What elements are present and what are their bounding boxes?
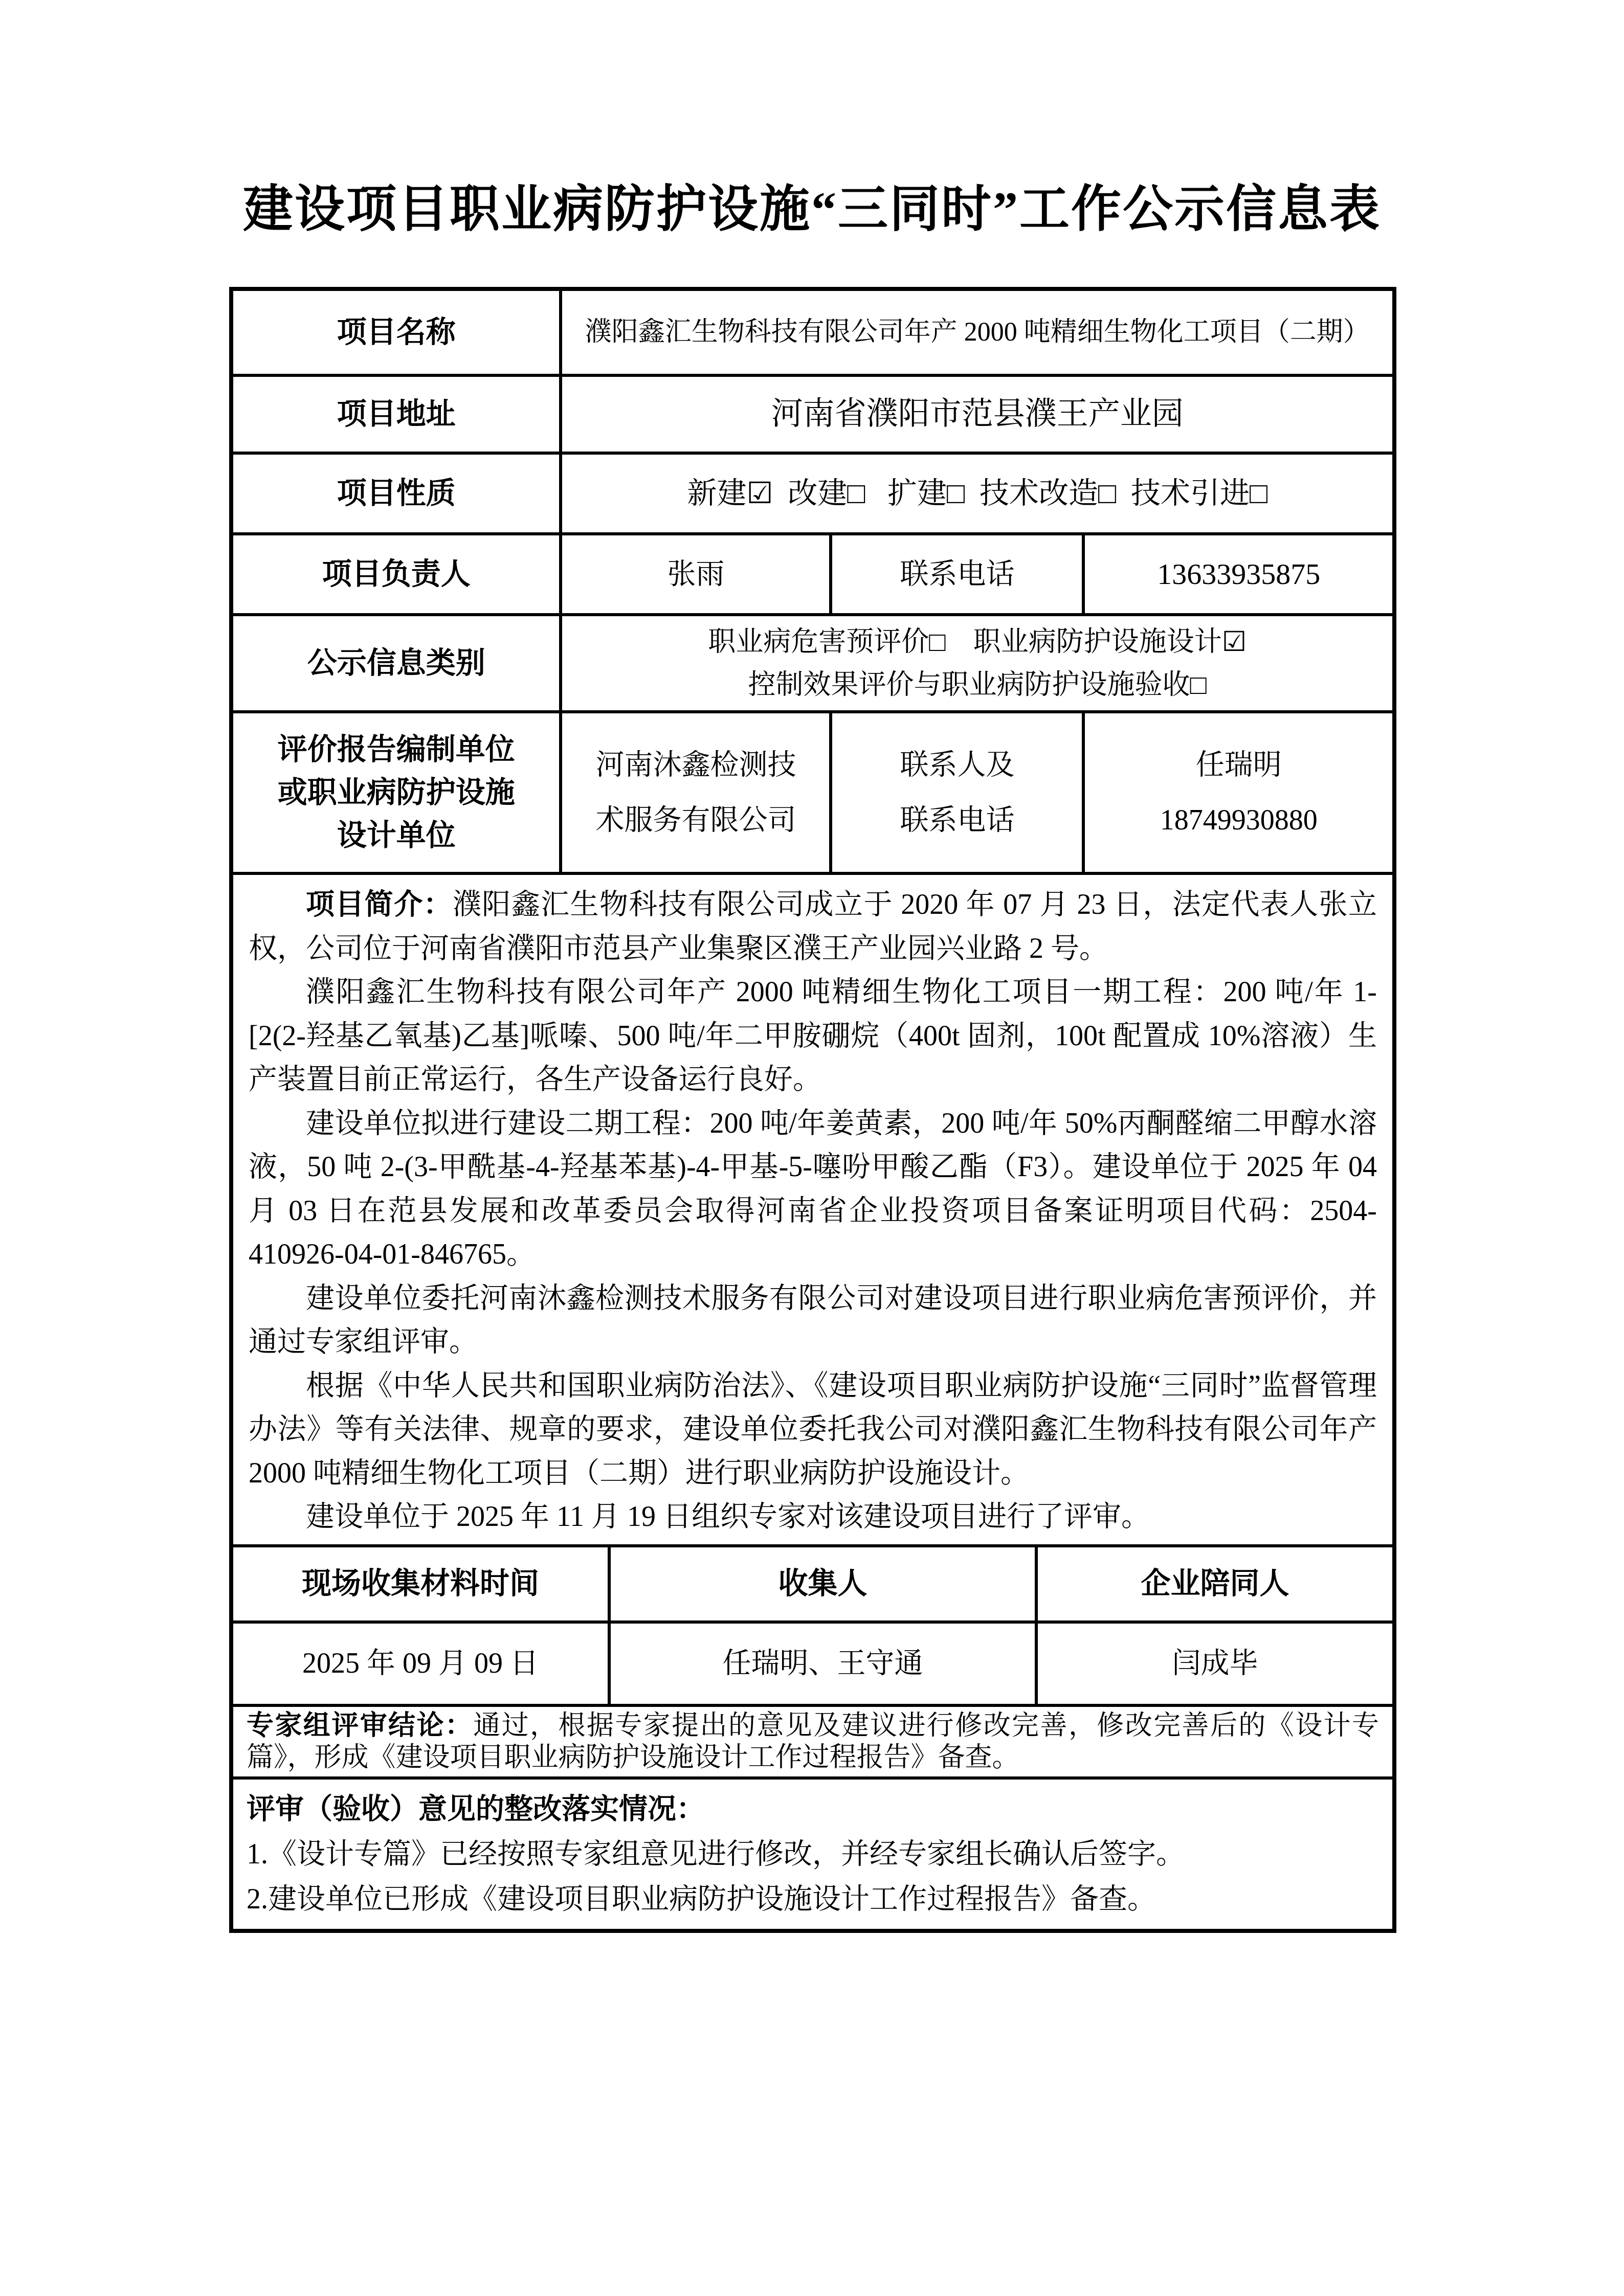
agency-contact-label: 联系人及 联系电话 [829, 713, 1082, 872]
expert-conclusion: 专家组评审结论：通过，根据专家提出的意见及建议进行修改完善，修改完善后的《设计专… [233, 1707, 1392, 1776]
project-nature-options: 新建☑ 改建□ 扩建□ 技术改造□ 技术引进□ [559, 455, 1392, 532]
row-collect-values: 2025 年 09 月 09 日 任瑞明、王守通 闫成毕 [233, 1620, 1392, 1704]
agency-company: 河南沐鑫检测技 术服务有限公司 [559, 713, 829, 872]
intro-paragraph: 建设单位拟进行建设二期工程：200 吨/年姜黄素，200 吨/年 50%丙酮醛缩… [249, 1102, 1377, 1277]
rectification: 评审（验收）意见的整改落实情况： 1.《设计专篇》已经按照专家组意见进行修改，并… [233, 1780, 1392, 1929]
intro-paragraph-text: 根据《中华人民共和国职业病防治法》、《建设项目职业病防护设施“三同时”监督管理办… [249, 1370, 1377, 1489]
project-nature-label: 项目性质 [233, 455, 559, 532]
rectification-item: 1.《设计专篇》已经按照专家组意见进行修改，并经专家组长确认后签字。 [247, 1832, 1379, 1877]
agency-contact-value: 任瑞明 18749930880 [1082, 713, 1392, 872]
rectification-items: 1.《设计专篇》已经按照专家组意见进行修改，并经专家组长确认后签字。 2.建设单… [247, 1832, 1379, 1922]
row-expert-conclusion: 专家组评审结论：通过，根据专家提出的意见及建议进行修改完善，修改完善后的《设计专… [233, 1704, 1392, 1776]
intro-paragraph: 根据《中华人民共和国职业病防治法》、《建设项目职业病防护设施“三同时”监督管理办… [249, 1364, 1377, 1496]
page-title: 建设项目职业病防护设施“三同时”工作公示信息表 [0, 169, 1624, 241]
row-info-category: 公示信息类别 职业病危害预评价□ 职业病防护设施设计☑ 控制效果评价与职业病防护… [233, 613, 1392, 710]
expert-conclusion-text: 专家组评审结论：通过，根据专家提出的意见及建议进行修改完善，修改完善后的《设计专… [247, 1710, 1379, 1773]
project-intro: 项目简介：濮阳鑫汇生物科技有限公司成立于 2020 年 07 月 23 日，法定… [233, 875, 1392, 1544]
row-project-name: 项目名称 濮阳鑫汇生物科技有限公司年产 2000 吨精细生物化工项目（二期） [233, 291, 1392, 374]
row-collect-headers: 现场收集材料时间 收集人 企业陪同人 [233, 1544, 1392, 1620]
intro-paragraph: 建设单位于 2025 年 11 月 19 日组织专家对该建设项目进行了评审。 [249, 1495, 1377, 1539]
info-category-value: 职业病危害预评价□ 职业病防护设施设计☑ 控制效果评价与职业病防护设施验收□ [559, 616, 1392, 710]
project-nature-checkboxes: 新建☑ 改建□ 扩建□ 技术改造□ 技术引进□ [687, 473, 1267, 514]
leader-phone-label: 联系电话 [829, 535, 1082, 613]
project-name-label: 项目名称 [233, 291, 559, 374]
row-agency: 评价报告编制单位 或职业病防护设施 设计单位 河南沐鑫检测技 术服务有限公司 联… [233, 710, 1392, 872]
row-project-leader: 项目负责人 张雨 联系电话 13633935875 [233, 532, 1392, 613]
collect-time-header: 现场收集材料时间 [233, 1547, 608, 1620]
intro-paragraph: 濮阳鑫汇生物科技有限公司年产 2000 吨精细生物化工项目一期工程：200 吨/… [249, 971, 1377, 1102]
intro-paragraph-text: 建设单位于 2025 年 11 月 19 日组织专家对该建设项目进行了评审。 [306, 1501, 1150, 1533]
company-escort-value: 闫成毕 [1035, 1624, 1392, 1704]
row-rectification: 评审（验收）意见的整改落实情况： 1.《设计专篇》已经按照专家组意见进行修改，并… [233, 1776, 1392, 1929]
row-project-nature: 项目性质 新建☑ 改建□ 扩建□ 技术改造□ 技术引进□ [233, 452, 1392, 532]
expert-conclusion-lead: 专家组评审结论： [247, 1711, 473, 1741]
intro-paragraph-text: 建设单位拟进行建设二期工程：200 吨/年姜黄素，200 吨/年 50%丙酮醛缩… [249, 1108, 1377, 1271]
agency-label: 评价报告编制单位 或职业病防护设施 设计单位 [233, 713, 559, 872]
info-category-line1: 职业病危害预评价□ 职业病防护设施设计☑ [708, 620, 1247, 663]
intro-paragraph-text: 建设单位委托河南沐鑫检测技术服务有限公司对建设项目进行职业病危害预评价，并通过专… [249, 1282, 1377, 1358]
project-address-label: 项目地址 [233, 377, 559, 452]
row-project-intro: 项目简介：濮阳鑫汇生物科技有限公司成立于 2020 年 07 月 23 日，法定… [233, 872, 1392, 1544]
document-page: 建设项目职业病防护设施“三同时”工作公示信息表 项目名称 濮阳鑫汇生物科技有限公… [0, 0, 1624, 2296]
project-name-value: 濮阳鑫汇生物科技有限公司年产 2000 吨精细生物化工项目（二期） [559, 291, 1392, 374]
info-category-label: 公示信息类别 [233, 616, 559, 710]
rectification-item: 2.建设单位已形成《建设项目职业病防护设施设计工作过程报告》备查。 [247, 1877, 1379, 1922]
company-escort-header: 企业陪同人 [1035, 1547, 1392, 1620]
row-project-address: 项目地址 河南省濮阳市范县濮王产业园 [233, 374, 1392, 452]
project-address-value: 河南省濮阳市范县濮王产业园 [559, 377, 1392, 452]
collect-time-value: 2025 年 09 月 09 日 [233, 1624, 608, 1704]
leader-phone-value: 13633935875 [1082, 535, 1392, 613]
collector-header: 收集人 [608, 1547, 1035, 1620]
project-leader-label: 项目负责人 [233, 535, 559, 613]
intro-paragraph: 项目简介：濮阳鑫汇生物科技有限公司成立于 2020 年 07 月 23 日，法定… [249, 883, 1377, 971]
intro-paragraph-text: 濮阳鑫汇生物科技有限公司年产 2000 吨精细生物化工项目一期工程：200 吨/… [249, 976, 1377, 1095]
project-leader-name: 张雨 [559, 535, 829, 613]
info-category-line2: 控制效果评价与职业病防护设施验收□ [748, 663, 1207, 706]
intro-paragraph-lead: 项目简介： [306, 889, 453, 920]
info-table: 项目名称 濮阳鑫汇生物科技有限公司年产 2000 吨精细生物化工项目（二期） 项… [229, 287, 1396, 1933]
collector-value: 任瑞明、王守通 [608, 1624, 1035, 1704]
rectification-heading: 评审（验收）意见的整改落实情况： [247, 1787, 1379, 1832]
intro-paragraph: 建设单位委托河南沐鑫检测技术服务有限公司对建设项目进行职业病危害预评价，并通过专… [249, 1277, 1377, 1364]
